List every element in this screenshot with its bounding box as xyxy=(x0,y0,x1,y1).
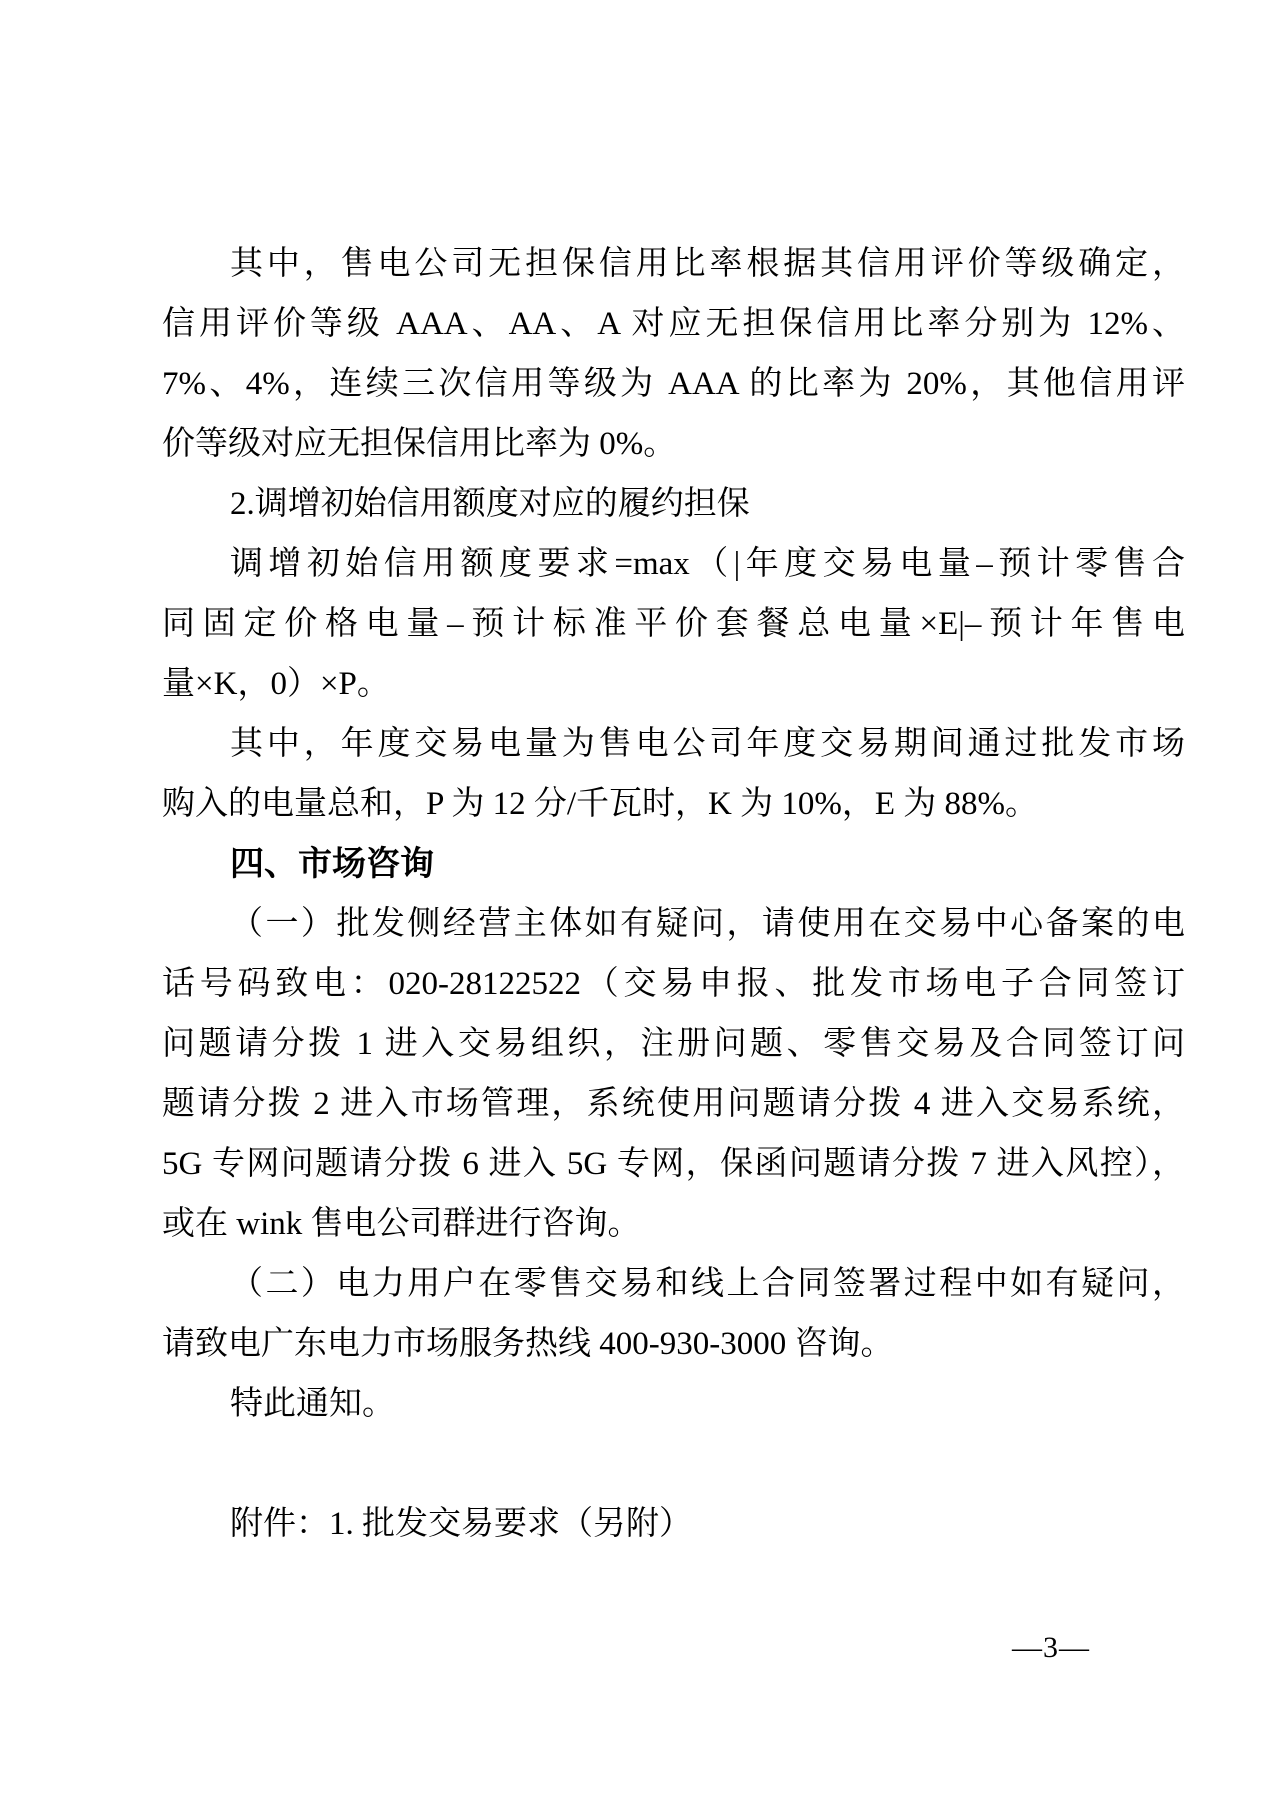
text-line: 同固定价格电量–预计标准平价套餐总电量×E|–预计年售电 xyxy=(162,594,1185,654)
blank-line xyxy=(162,1434,1185,1494)
text-line: 调增初始信用额度要求=max（|年度交易电量–预计零售合 xyxy=(162,534,1185,594)
text-line: 信用评价等级 AAA、AA、A 对应无担保信用比率分别为 12%、 xyxy=(162,294,1185,354)
document-body: 其中，售电公司无担保信用比率根据其信用评价等级确定， 信用评价等级 AAA、AA… xyxy=(162,234,1185,1554)
text-line: （一）批发侧经营主体如有疑问，请使用在交易中心备案的电 xyxy=(162,894,1185,954)
text-line: 价等级对应无担保信用比率为 0%。 xyxy=(162,414,1185,474)
text-line: 7%、4%，连续三次信用等级为 AAA 的比率为 20%，其他信用评 xyxy=(162,354,1185,414)
text-line: 5G 专网问题请分拨 6 进入 5G 专网，保函问题请分拨 7 进入风控）， xyxy=(162,1134,1185,1194)
page-number: —3— xyxy=(1012,1630,1090,1666)
text-line: 其中，年度交易电量为售电公司年度交易期间通过批发市场 xyxy=(162,714,1185,774)
text-line: 购入的电量总和，P 为 12 分/千瓦时，K 为 10%，E 为 88%。 xyxy=(162,774,1185,834)
section-heading: 四、市场咨询 xyxy=(162,834,1185,894)
text-line: 2.调增初始信用额度对应的履约担保 xyxy=(162,474,1185,534)
text-line: 量×K，0）×P。 xyxy=(162,654,1185,714)
text-line: 其中，售电公司无担保信用比率根据其信用评价等级确定， xyxy=(162,234,1185,294)
text-line: 或在 wink 售电公司群进行咨询。 xyxy=(162,1194,1185,1254)
closing-line: 特此通知。 xyxy=(162,1374,1185,1434)
text-line: 请致电广东电力市场服务热线 400-930-3000 咨询。 xyxy=(162,1314,1185,1374)
document-page: 其中，售电公司无担保信用比率根据其信用评价等级确定， 信用评价等级 AAA、AA… xyxy=(0,0,1280,1810)
text-line: 话号码致电：020-28122522（交易申报、批发市场电子合同签订 xyxy=(162,954,1185,1014)
attachment-line: 附件：1. 批发交易要求（另附） xyxy=(162,1494,1185,1554)
text-line: 问题请分拨 1 进入交易组织，注册问题、零售交易及合同签订问 xyxy=(162,1014,1185,1074)
text-line: （二）电力用户在零售交易和线上合同签署过程中如有疑问， xyxy=(162,1254,1185,1314)
text-line: 题请分拨 2 进入市场管理，系统使用问题请分拨 4 进入交易系统， xyxy=(162,1074,1185,1134)
